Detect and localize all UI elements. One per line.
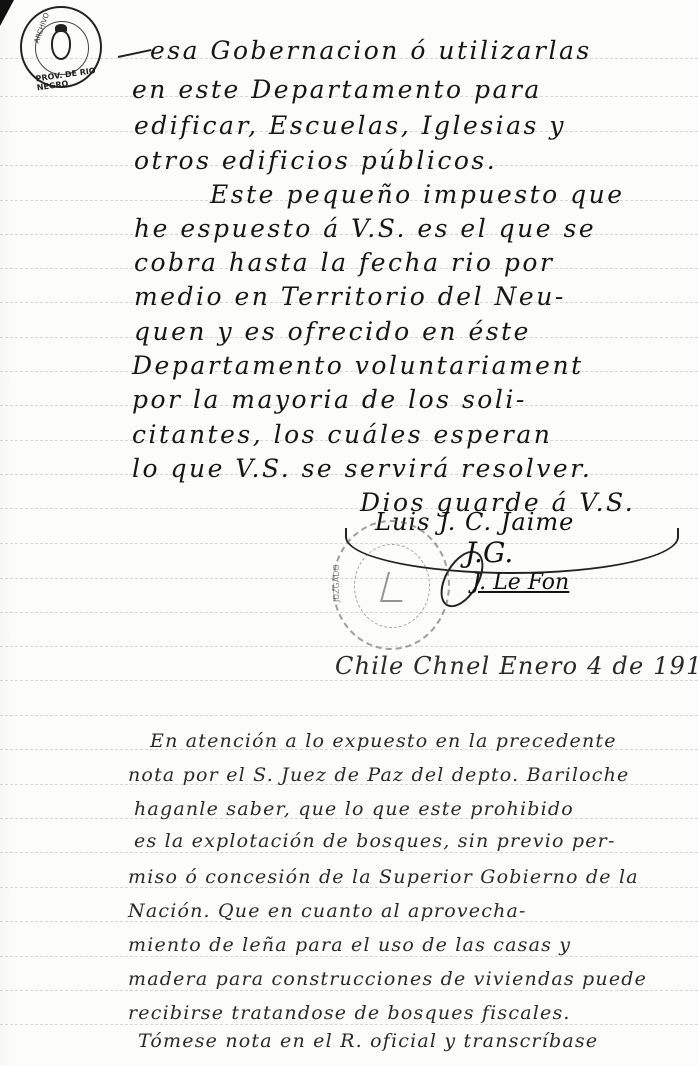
annotation-line: madera para construcciones de viviendas …	[128, 968, 647, 990]
ruled-line	[0, 646, 698, 647]
court-seal: JUZGADO	[332, 520, 450, 650]
ruled-line	[0, 680, 698, 681]
annotation-dateline: Chile Chnel Enero 4 de 1910.	[335, 652, 698, 680]
annotation-line: nota por el S. Juez de Paz del depto. Ba…	[128, 764, 629, 786]
annotation-line: es la explotación de bosques, sin previo…	[134, 830, 616, 852]
letter-line: he espuesto á V.S. es el que se	[134, 214, 596, 243]
letter-line: quen y es ofrecido en éste	[134, 317, 531, 346]
letter-line: edificar, Escuelas, Iglesias y	[134, 111, 566, 140]
letter-line: por la mayoria de los soli-	[132, 385, 527, 414]
letter-line: citantes, los cuáles esperan	[132, 420, 552, 449]
ruled-line	[0, 1024, 698, 1025]
letter-line: lo que V.S. se servirá resolver.	[132, 454, 592, 483]
letter-line: otros edificios públicos.	[134, 146, 497, 175]
letter-line: cobra hasta la fecha rio por	[134, 248, 554, 277]
ruled-line	[0, 956, 698, 957]
signature-initials: J.G.	[465, 536, 513, 569]
annotation-line: haganle saber, que lo que este prohibido	[134, 798, 574, 820]
letter-line: Departamento voluntariament	[132, 351, 584, 380]
annotation-line: recibirse tratandose de bosques fiscales…	[128, 1002, 571, 1024]
ruled-line	[0, 852, 698, 853]
letter-line: esa Gobernacion ó utilizarlas	[150, 36, 592, 65]
annotation-line: Tómese nota en el R. oficial y transcríb…	[138, 1030, 598, 1052]
annotation-line: miento de leña para el uso de las casas …	[128, 934, 571, 956]
annotation-line: Nación. Que en cuanto al aprovecha-	[128, 900, 527, 922]
seal-side-text: JUZGADO	[332, 564, 341, 602]
letter-line: en este Departamento para	[132, 75, 542, 104]
annotation-line: miso ó concesión de la Superior Gobierno…	[128, 866, 639, 888]
coat-of-arms-icon	[51, 30, 71, 60]
scan-corner-shadow	[0, 0, 14, 26]
document-page: ARCHIVO PROV. DE RIO NEGRO esa Gobernaci…	[0, 0, 698, 1066]
ruled-line	[0, 715, 698, 716]
ruled-line	[0, 990, 698, 991]
pen-stroke	[118, 49, 152, 58]
letter-line: medio en Territorio del Neu-	[134, 282, 566, 311]
archive-stamp: ARCHIVO PROV. DE RIO NEGRO	[20, 6, 102, 88]
letter-line: Este pequeño impuesto que	[210, 180, 625, 209]
signature-second: J. Le Fon	[472, 570, 569, 595]
annotation-line: En atención a lo expuesto en la preceden…	[150, 730, 617, 752]
